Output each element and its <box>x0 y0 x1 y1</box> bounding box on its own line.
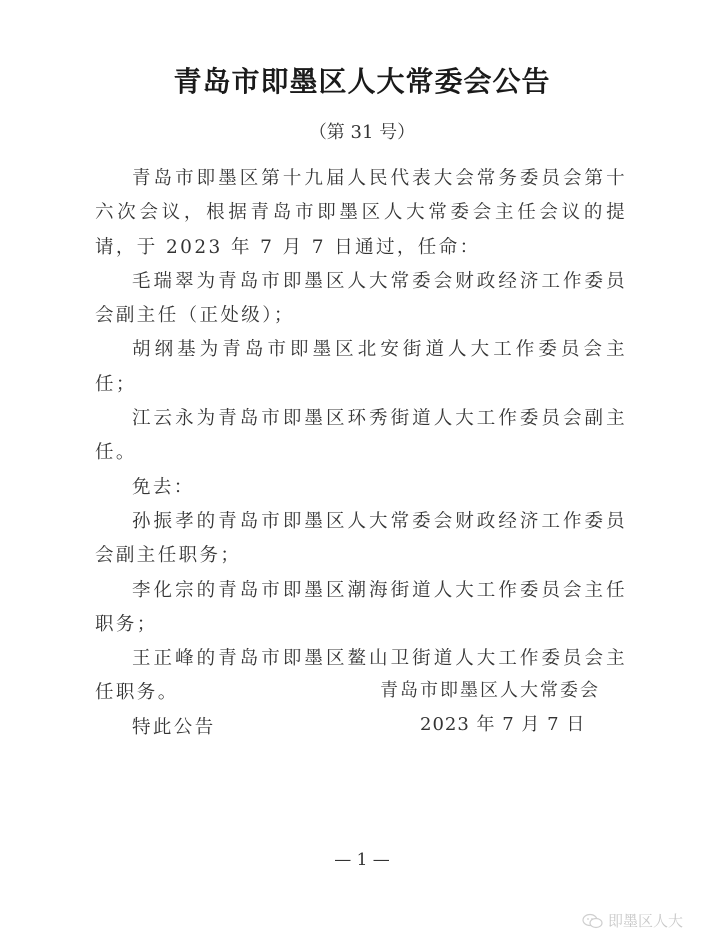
paragraph-removal-heading: 免去： <box>95 471 627 505</box>
signature-date: 2023 年 7 月 7 日 <box>420 710 585 736</box>
signature: 青岛市即墨区人大常委会 <box>380 676 600 702</box>
page-number: — 1 — <box>0 850 724 870</box>
paragraph-appointment-3: 江云永为青岛市即墨区环秀街道人大工作委员会副主任。 <box>95 402 627 471</box>
paragraph-appointment-2: 胡纲基为青岛市即墨区北安街道人大工作委员会主任； <box>95 333 627 402</box>
page-title: 青岛市即墨区人大常委会公告 <box>0 60 724 100</box>
paragraph-intro: 青岛市即墨区第十九届人民代表大会常务委员会第十六次会议，根据青岛市即墨区人大常委… <box>95 162 627 265</box>
announcement-body: 青岛市即墨区第十九届人民代表大会常务委员会第十六次会议，根据青岛市即墨区人大常委… <box>95 162 627 745</box>
watermark: 即墨区人大 <box>582 910 683 931</box>
paragraph-removal-1: 孙振孝的青岛市即墨区人大常委会财政经济工作委员会副主任职务； <box>95 505 627 574</box>
watermark-text: 即墨区人大 <box>608 910 683 931</box>
announcement-number: （第 31 号） <box>0 118 724 144</box>
paragraph-removal-2: 李化宗的青岛市即墨区潮海街道人大工作委员会主任职务； <box>95 574 627 643</box>
wechat-icon <box>582 913 604 929</box>
paragraph-appointment-1: 毛瑞翠为青岛市即墨区人大常委会财政经济工作委员会副主任（正处级）； <box>95 265 627 334</box>
